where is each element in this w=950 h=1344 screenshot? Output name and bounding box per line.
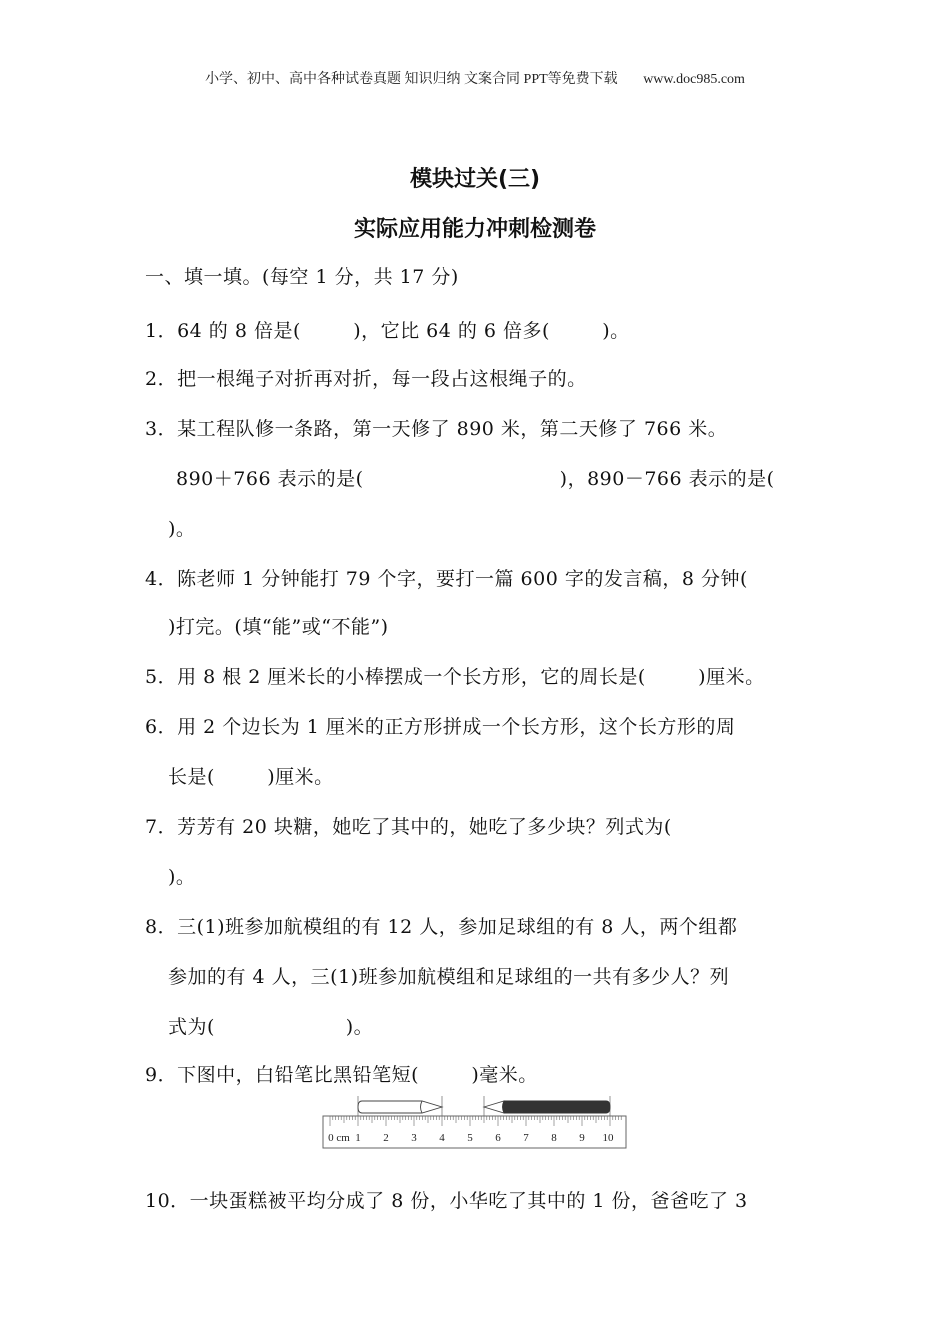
question-7-line-1: 7．芳芳有 20 块糖，她吃了其中的，她吃了多少块？列式为( <box>145 812 672 839</box>
svg-text:9: 9 <box>579 1132 585 1144</box>
page-header: 小学、初中、高中各种试卷真题 知识归纳 文案合同 PPT等免费下载 www.do… <box>0 68 950 88</box>
svg-text:5: 5 <box>467 1132 473 1144</box>
svg-text:2: 2 <box>383 1132 389 1144</box>
page-title: 模块过关(三) <box>0 162 950 193</box>
question-4-line-1: 4．陈老师 1 分钟能打 79 个字，要打一篇 600 字的发言稿，8 分钟( <box>145 564 748 591</box>
question-3-line-2: 890＋766 表示的是( )，890－766 表示的是( <box>176 464 775 491</box>
ruler-figure: 0 cm 1 2 3 4 5 6 7 8 9 10 <box>318 1094 630 1152</box>
question-1: 1．64 的 8 倍是( )，它比 64 的 6 倍多( )。 <box>145 316 630 343</box>
question-3-line-3: )。 <box>168 514 195 541</box>
question-8-line-3: 式为( )。 <box>168 1012 373 1039</box>
svg-text:6: 6 <box>495 1132 501 1144</box>
question-6-line-1: 6．用 2 个边长为 1 厘米的正方形拼成一个长方形，这个长方形的周 <box>145 712 735 739</box>
question-10-line-1: 10．一块蛋糕被平均分成了 8 份，小华吃了其中的 1 份，爸爸吃了 3 <box>145 1186 748 1213</box>
question-5: 5．用 8 根 2 厘米长的小棒摆成一个长方形，它的周长是( )厘米。 <box>145 662 765 689</box>
question-6-line-2: 长是( )厘米。 <box>168 762 334 789</box>
header-site-link[interactable]: www.doc985.com <box>643 72 745 87</box>
question-3-line-1: 3．某工程队修一条路，第一天修了 890 米，第二天修了 766 米。 <box>145 414 727 441</box>
question-4-line-2: )打完。(填“能”或“不能”) <box>168 612 389 639</box>
svg-text:1: 1 <box>355 1132 361 1144</box>
section-heading: 一、填一填。(每空 1 分，共 17 分) <box>145 262 459 289</box>
question-8-line-2: 参加的有 4 人，三(1)班参加航模组和足球组的一共有多少人？列 <box>168 962 729 989</box>
question-7-line-2: )。 <box>168 862 195 889</box>
question-8-line-1: 8．三(1)班参加航模组的有 12 人，参加足球组的有 8 人，两个组都 <box>145 912 737 939</box>
white-pencil-icon <box>358 1096 442 1116</box>
svg-text:10: 10 <box>603 1132 615 1144</box>
question-2: 2．把一根绳子对折再对折，每一段占这根绳子的。 <box>145 364 587 391</box>
svg-text:4: 4 <box>439 1132 445 1144</box>
header-text: 小学、初中、高中各种试卷真题 知识归纳 文案合同 PPT等免费下载 <box>205 72 618 87</box>
page-subtitle: 实际应用能力冲刺检测卷 <box>0 212 950 243</box>
ruler-unit-label: 0 cm <box>328 1132 350 1144</box>
question-9: 9．下图中，白铅笔比黑铅笔短( )毫米。 <box>145 1060 538 1087</box>
svg-text:3: 3 <box>411 1132 417 1144</box>
svg-text:7: 7 <box>523 1132 529 1144</box>
black-pencil-icon <box>484 1096 610 1116</box>
svg-text:8: 8 <box>551 1132 557 1144</box>
